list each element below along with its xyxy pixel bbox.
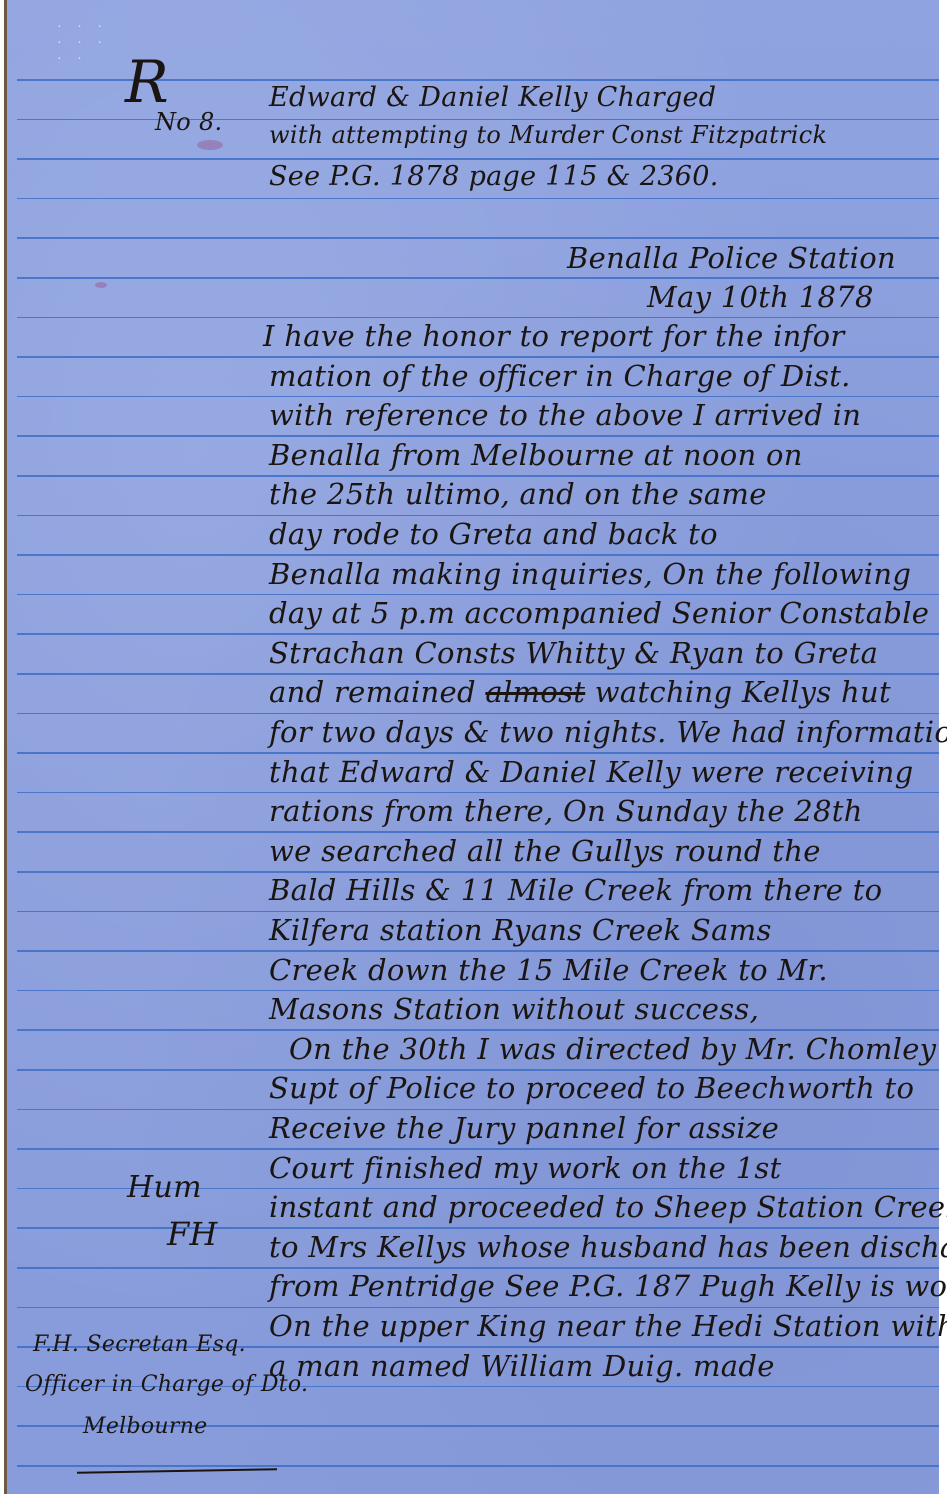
ruled-line [17, 911, 939, 913]
heading-line-1: Edward & Daniel Kelly Charged [269, 82, 716, 113]
station-name: Benalla Police Station [567, 241, 896, 275]
ruled-line [17, 277, 939, 279]
struck-word: almost [485, 675, 585, 709]
ruled-line [17, 1109, 939, 1111]
ruled-line [17, 594, 939, 596]
ruled-line [17, 1465, 939, 1467]
ruled-line [17, 1227, 939, 1229]
ruled-line [17, 1029, 939, 1031]
report-body-line: Bald Hills & 11 Mile Creek from there to [269, 873, 882, 907]
report-body-line: Masons Station without success, [269, 992, 759, 1026]
ruled-line [17, 673, 939, 675]
ruled-line [17, 198, 939, 200]
ink-stain [95, 282, 107, 288]
ruled-line [17, 633, 939, 635]
heading-line-3: See P.G. 1878 page 115 & 2360. [269, 161, 719, 192]
report-body-line: Strachan Consts Whitty & Ryan to Greta [269, 636, 878, 670]
ruled-line [17, 950, 939, 952]
minute-line-1: Hum [127, 1170, 202, 1205]
ruled-line [17, 435, 939, 437]
ruled-line [17, 831, 939, 833]
ruled-line [17, 792, 939, 794]
signature-flourish [77, 1468, 277, 1473]
report-body-line: that Edward & Daniel Kelly were receivin… [269, 755, 914, 789]
report-body-line: we searched all the Gullys round the [269, 834, 821, 868]
addressee-name: F.H. Secretan Esq. [33, 1332, 246, 1357]
report-body-line: rations from there, On Sunday the 28th [269, 794, 863, 828]
report-body-line: On the upper King near the Hedi Station … [269, 1309, 947, 1343]
ruled-line [17, 237, 939, 239]
ruled-line [17, 1267, 939, 1269]
report-body-line: and remained almost watching Kellys hut [269, 675, 891, 709]
minute-line-2: FH [167, 1215, 218, 1253]
ink-stain [197, 140, 223, 150]
report-body-line: to Mrs Kellys whose husband has been dis… [269, 1230, 947, 1264]
report-body-line: the 25th ultimo, and on the same [269, 477, 767, 511]
report-body-line: for two days & two nights. We had inform… [269, 715, 947, 749]
ruled-line [17, 713, 939, 715]
ruled-line [17, 396, 939, 398]
ruled-line [17, 317, 939, 319]
ruled-line [17, 1069, 939, 1071]
report-date: May 10th 1878 [647, 280, 874, 314]
report-body-line: Benalla from Melbourne at noon on [269, 438, 803, 472]
report-body-line: day at 5 p.m accompanied Senior Constabl… [269, 596, 929, 630]
pinholes: · · ·· · · · · [57, 20, 108, 68]
ruled-line [17, 1307, 939, 1309]
report-body-line: Kilfera station Ryans Creek Sams [269, 913, 772, 947]
corner-number: No 8. [155, 108, 222, 136]
document-page: · · ·· · · · · R No 8. Edward & Daniel K… [4, 0, 939, 1494]
ruled-line [17, 158, 939, 160]
report-body-line: instant and proceeded to Sheep Station C… [269, 1190, 947, 1224]
report-body-line: On the 30th I was directed by Mr. Chomle… [289, 1032, 936, 1066]
report-body-line: I have the honor to report for the infor [263, 319, 845, 353]
ruled-line [17, 871, 939, 873]
report-body-line: Court finished my work on the 1st [269, 1151, 782, 1185]
corner-initial: R [125, 48, 169, 116]
report-body-line: day rode to Greta and back to [269, 517, 718, 551]
ruled-line [17, 515, 939, 517]
report-body-line: Benalla making inquiries, On the followi… [269, 557, 911, 591]
report-body-line: from Pentridge See P.G. 187 Pugh Kelly i… [269, 1269, 947, 1303]
ruled-line [17, 752, 939, 754]
ruled-line [17, 1148, 939, 1150]
ruled-line [17, 475, 939, 477]
report-body-line: a man named William Duig. made [269, 1349, 775, 1383]
heading-line-2: with attempting to Murder Const Fitzpatr… [269, 121, 827, 149]
report-body-line: mation of the officer in Charge of Dist. [269, 359, 851, 393]
report-body-line: Receive the Jury pannel for assize [269, 1111, 779, 1145]
ruled-line [17, 990, 939, 992]
report-body-line: Supt of Police to proceed to Beechworth … [269, 1071, 914, 1105]
report-body-line: with reference to the above I arrived in [269, 398, 861, 432]
addressee-title: Officer in Charge of Dto. [25, 1372, 308, 1397]
addressee-location: Melbourne [83, 1414, 207, 1439]
report-body-line: Creek down the 15 Mile Creek to Mr. [269, 953, 828, 987]
ruled-line [17, 554, 939, 556]
ruled-line [17, 356, 939, 358]
